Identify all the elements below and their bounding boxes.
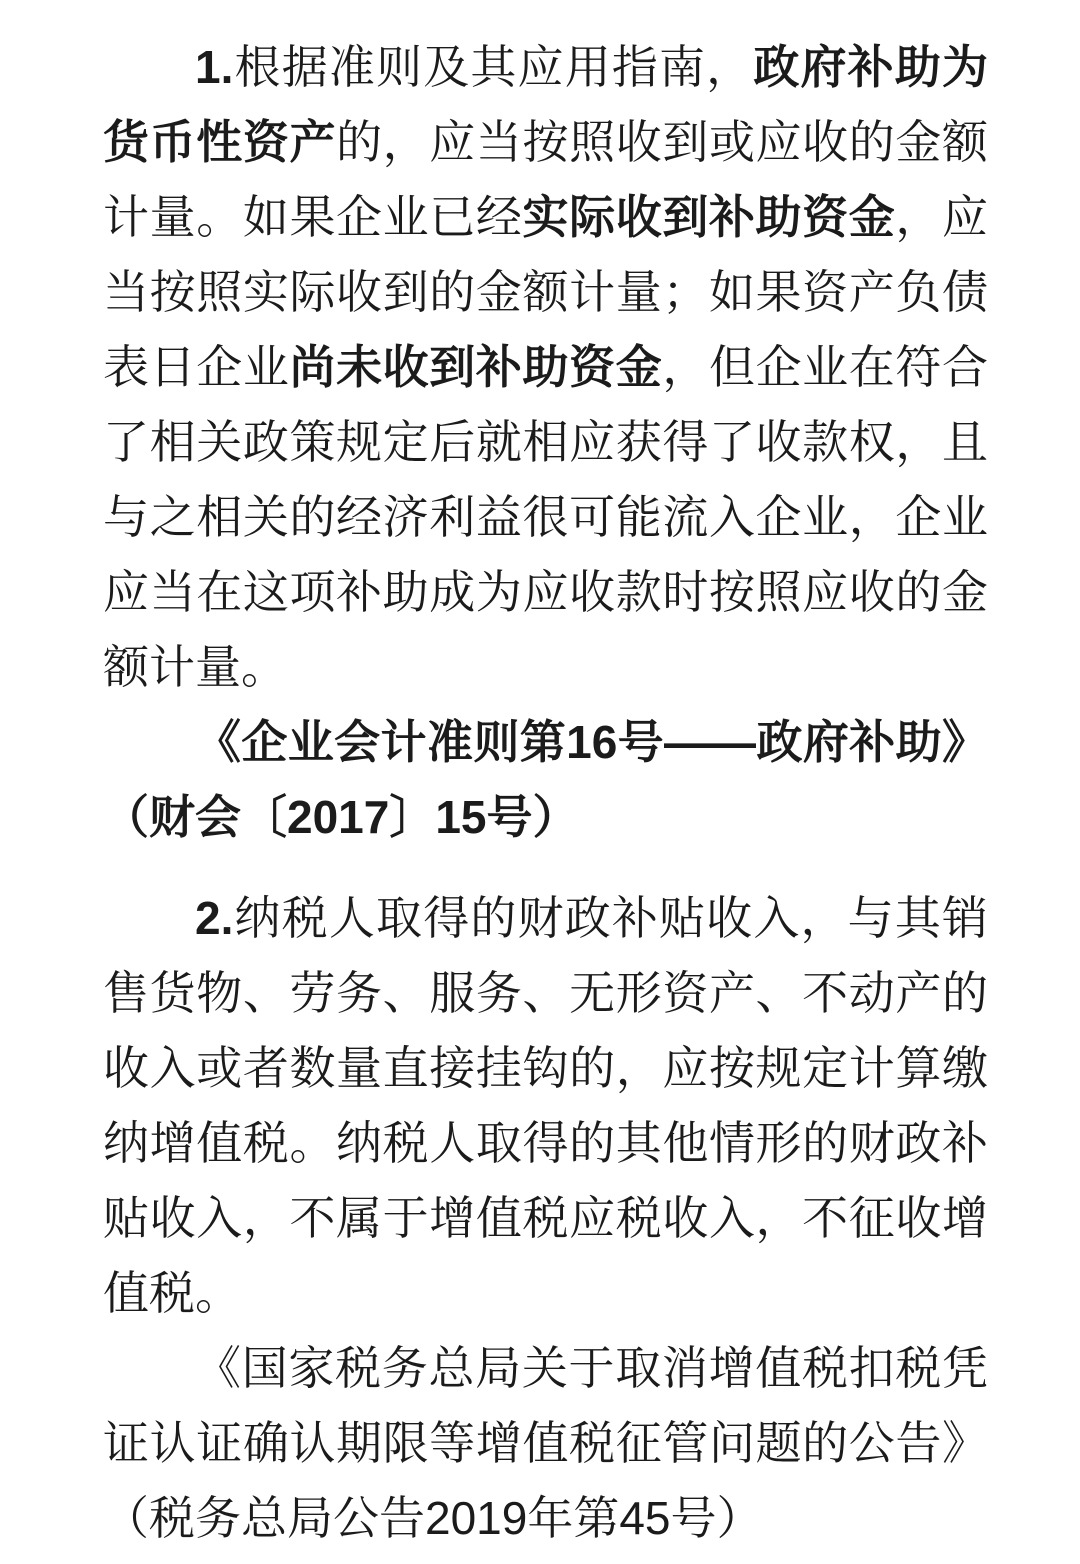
bold-text-run: 1. xyxy=(195,41,233,93)
text-run: 根据准则及其应用指南， xyxy=(233,41,753,93)
text-run: 《国家税务总局关于取消增值税扣税凭证认证确认期限等增值税征管问题的公告》（税务总… xyxy=(103,1342,988,1544)
bold-text-run: 尚未收到补助资金 xyxy=(289,341,662,393)
text-run: 纳税人取得的财政补贴收入，与其销售货物、劳务、服务、无形资产、不动产的收入或者数… xyxy=(103,892,988,1319)
citation-2-sta-announcement-2019-45: 《国家税务总局关于取消增值税扣税凭证认证确认期限等增值税征管问题的公告》（税务总… xyxy=(103,1331,988,1556)
text-run: ，但企业在符合了相关政策规定后就相应获得了收款权，且与之相关的经济利益很可能流入… xyxy=(103,341,988,693)
bold-text-run: 2. xyxy=(195,892,233,944)
bold-text-run: 《企业会计准则第16号——政府补助》（财会〔2017〕15号） xyxy=(103,716,988,843)
paragraph-2-vat-rule: 2.纳税人取得的财政补贴收入，与其销售货物、劳务、服务、无形资产、不动产的收入或… xyxy=(103,881,988,1331)
paragraph-1-accounting-standard-rule: 1.根据准则及其应用指南，政府补助为货币性资产的，应当按照收到或应收的金额计量。… xyxy=(103,30,988,705)
citation-1-cas16-government-subsidy: 《企业会计准则第16号——政府补助》（财会〔2017〕15号） xyxy=(103,705,988,855)
article: 1.根据准则及其应用指南，政府补助为货币性资产的，应当按照收到或应收的金额计量。… xyxy=(0,0,1080,1556)
bold-text-run: 实际收到补助资金 xyxy=(523,191,896,243)
